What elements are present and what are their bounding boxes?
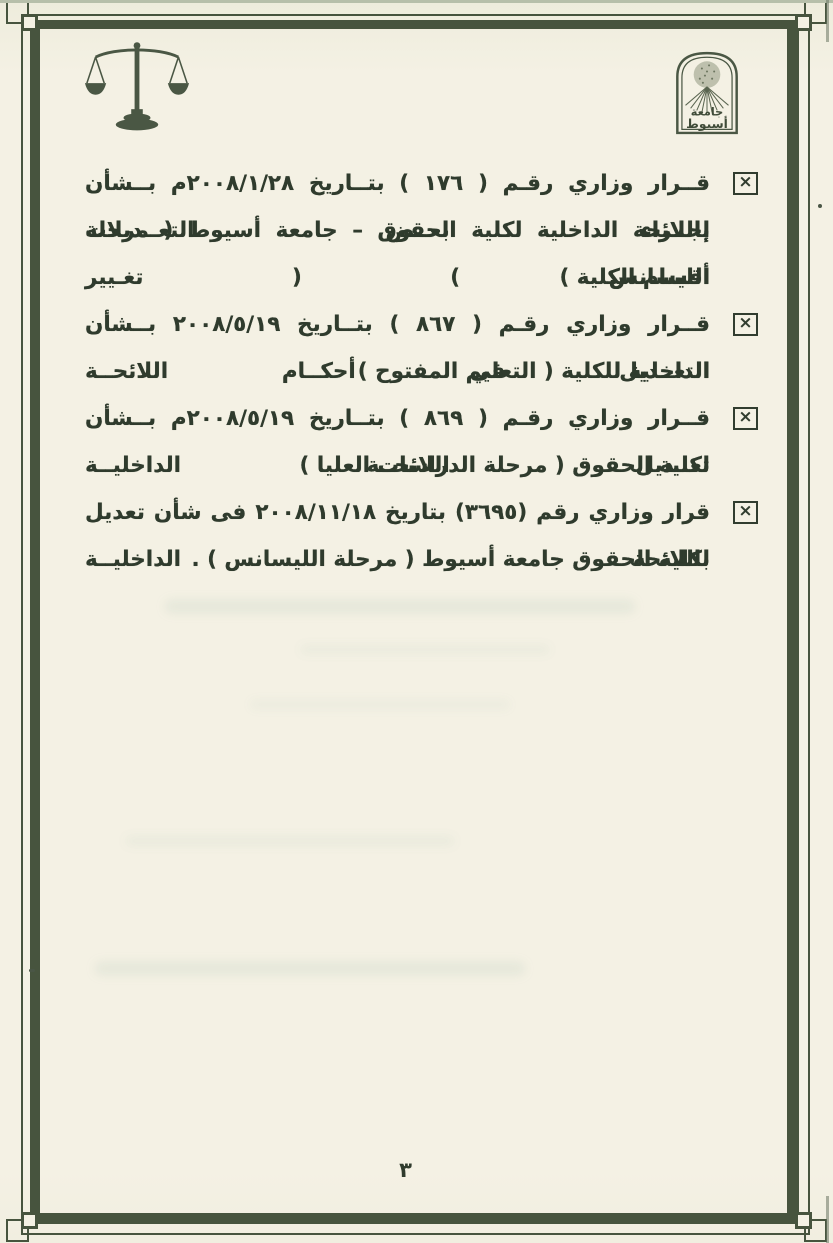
corner-ornament-bottom-right [785,1200,831,1242]
ink-speck [29,969,35,972]
scanner-edge-artifact [826,1196,829,1243]
corner-ornament-top-right [785,1,831,43]
checkbox-bullet-3: × [733,407,758,430]
corner-ornament-top-left [2,1,48,43]
scan-bleedthrough-smudge [125,836,455,846]
scanner-edge-artifact [0,0,833,3]
decree-item: قــرار وزاري رقـم ( ٨٦٩ ) بتــاريخ ٢٠٠٨/… [85,395,710,489]
emblem-sun [694,61,721,88]
scanned-document-page: جامعة أسيوط × × × × قــرار وزاري رقـم ( … [0,0,833,1243]
decree-2-line-1: قــرار وزاري رقـم ( ٨٦٧ ) بتــاريخ ٢٠٠٨/… [85,301,710,348]
decree-1-line-2: باللائحة الداخلية لكلية الحقوق – جامعة أ… [85,207,710,254]
page-number: ٣ [0,1158,811,1182]
decree-list: قــرار وزاري رقـم ( ١٧٦ ) بتــاريخ ٢٠٠٨/… [85,160,710,583]
scanner-edge-artifact [826,0,829,42]
decree-1-line-1: قــرار وزاري رقـم ( ١٧٦ ) بتــاريخ ٢٠٠٨/… [85,160,710,207]
ink-speck [818,204,822,208]
decree-3-line-1: قــرار وزاري رقـم ( ٨٦٩ ) بتــاريخ ٢٠٠٨/… [85,395,710,442]
assiut-university-emblem: جامعة أسيوط [674,48,740,140]
scales-of-justice-icon [84,38,190,140]
checkbox-bullet-1: × [733,172,758,195]
decree-item: قــرار وزاري رقـم ( ١٧٦ ) بتــاريخ ٢٠٠٨/… [85,160,710,301]
emblem-text-bottom: أسيوط [686,116,728,131]
corner-ornament-bottom-left [2,1200,48,1242]
decree-item: قــرار وزاري رقـم ( ٨٦٧ ) بتــاريخ ٢٠٠٨/… [85,301,710,395]
scan-bleedthrough-smudge [250,700,510,709]
decree-item: قرار وزاري رقم (٣٦٩٥) بتاريخ ٢٠٠٨/١١/١٨ … [85,489,710,583]
decree-4-line-1: قرار وزاري رقم (٣٦٩٥) بتاريخ ٢٠٠٨/١١/١٨ … [85,489,710,536]
checkbox-bullet-2: × [733,313,758,336]
scan-bleedthrough-smudge [165,600,635,613]
scan-bleedthrough-smudge [95,962,525,975]
checkbox-bullet-4: × [733,501,758,524]
scan-bleedthrough-smudge [300,645,550,654]
